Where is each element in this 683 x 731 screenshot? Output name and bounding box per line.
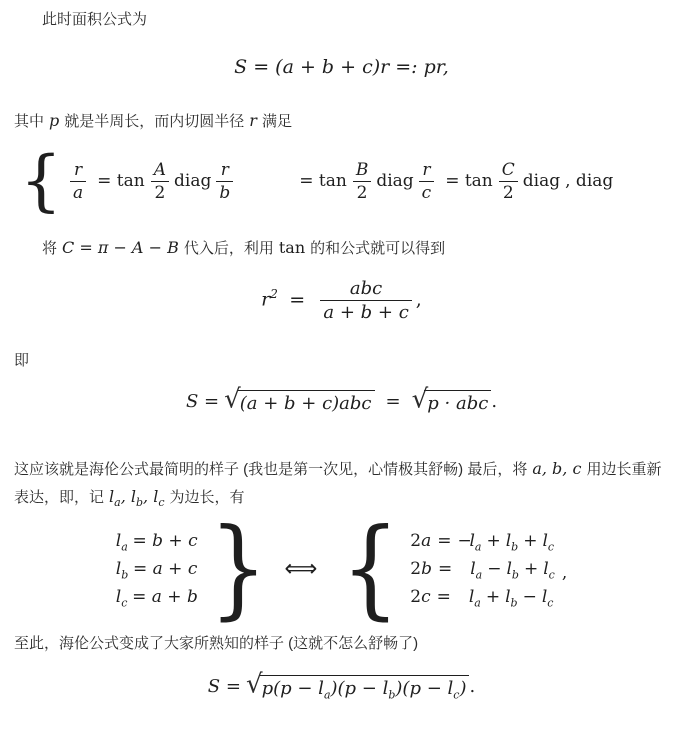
formula-sqrt-abc: S = √(a + b + c)abc = √p · abc.	[14, 389, 669, 415]
operator-eq-tan: = tan	[299, 171, 347, 191]
left-equations: la = b + c lb = a + c lc = a + b	[116, 527, 198, 611]
r-base: r	[261, 289, 270, 311]
trailing-comma: ,	[416, 289, 422, 311]
fraction-r-a: ra	[70, 160, 86, 203]
operator: −	[523, 587, 537, 607]
l-sub: a	[121, 541, 128, 554]
numerator: abc	[320, 278, 411, 300]
radical-expression: √p(p − la)(p − lb)(p − lc)	[246, 674, 470, 700]
fraction-r-c: rc	[419, 160, 435, 203]
numerator: r	[70, 160, 86, 181]
denominator: a	[70, 181, 86, 203]
numerator: A	[151, 160, 169, 181]
radicand: p · abc	[424, 390, 491, 414]
radicand-run: )(p − l	[331, 678, 389, 699]
word-diag: diag	[376, 171, 413, 191]
rhs: = a + b	[132, 587, 198, 607]
formula-area-pr: S = (a + b + c)r =: pr,	[14, 56, 669, 79]
tail-comma-diag: , diag	[565, 171, 613, 191]
formula-tan-system: { ra = tan A2 diag rb = tan B2 diag rc =…	[20, 148, 669, 214]
radicand-run: )(p − l	[395, 678, 453, 699]
l-sub: b	[121, 569, 128, 582]
text-run: 满足	[262, 113, 292, 130]
fraction-r-b: rb	[216, 160, 233, 203]
inline-math-l-list: la, lb, lc	[109, 487, 165, 506]
word-diag: diag	[174, 171, 211, 191]
iff-arrow: ⟺	[285, 556, 318, 582]
equals-sign: =	[438, 559, 452, 579]
equation-line: 2b=la−lb+lc	[410, 555, 555, 583]
text-run: 就是半周长，而内切圆半径	[64, 113, 244, 130]
paragraph-namely: 即	[14, 351, 669, 371]
l-sub: c	[121, 597, 127, 610]
var: c	[421, 587, 431, 607]
text-run: 这应该就是海伦公式最简明的样子 (我也是第一次见，心情极其舒畅) 最后，将	[14, 461, 527, 478]
denominator: b	[216, 181, 233, 203]
equation-line: la = b + c	[116, 527, 198, 555]
inline-math-C-pi: C = π − A − B	[62, 238, 179, 257]
lhs-S-eq: S =	[186, 391, 219, 412]
inline-math-tan: tan	[279, 238, 305, 257]
operator: −	[487, 559, 501, 579]
denominator: 2	[151, 181, 169, 203]
operator: +	[524, 559, 538, 579]
rhs: = b + c	[133, 531, 198, 551]
right-brace: }	[209, 527, 267, 611]
equals-sign: =	[437, 587, 451, 607]
equals-sign: =	[386, 391, 401, 412]
operator: +	[486, 587, 500, 607]
equation-line: lb = a + c	[116, 555, 198, 583]
denominator: 2	[499, 181, 518, 203]
radicand-run: p(p − l	[262, 678, 324, 699]
equation-line: lc = a + b	[116, 583, 198, 611]
formula-length-system: la = b + c lb = a + c lc = a + b } ⟺ { 2…	[14, 527, 669, 611]
trailing-period: .	[469, 676, 475, 697]
denominator: 2	[353, 181, 372, 203]
equals-sign: =	[289, 289, 305, 311]
radical-expression: √(a + b + c)abc	[224, 389, 374, 415]
l-sub: a	[476, 569, 483, 582]
text-run: 为边长，有	[170, 489, 245, 506]
radical-expression: √p · abc	[412, 389, 492, 415]
equals-sign: =	[437, 531, 451, 551]
rhs: = a + c	[133, 559, 197, 579]
paragraph-intro: 此时面积公式为	[14, 10, 669, 30]
text-run: 代入后，利用	[184, 240, 274, 257]
paragraph-heron-comment: 这应该就是海伦公式最简明的样子 (我也是第一次见，心情极其舒畅) 最后，将a, …	[14, 455, 669, 511]
word-diag: diag	[523, 171, 560, 191]
var: a	[421, 531, 431, 551]
l-sub: c	[158, 496, 164, 509]
r-exponent: 2	[270, 287, 278, 301]
formula-area-pr-text: S = (a + b + c)r =: pr,	[234, 56, 449, 78]
operator: +	[486, 531, 500, 551]
coef: 2	[410, 531, 421, 551]
comma: ,	[143, 487, 153, 506]
inline-math-abc: a, b, c	[532, 459, 581, 478]
text-run: 的和公式就可以得到	[310, 240, 445, 257]
l-sub: b	[511, 541, 518, 554]
radicand: p(p − la)(p − lb)(p − lc)	[259, 675, 470, 699]
fraction-B-2: B2	[353, 160, 372, 203]
comma: ,	[121, 487, 131, 506]
operator-eq-tan: = tan	[97, 171, 145, 191]
paragraph-semiperimeter: 其中p就是半周长，而内切圆半径r满足	[14, 111, 669, 132]
l-sub: b	[136, 496, 143, 509]
operator: +	[523, 531, 537, 551]
var: b	[421, 559, 432, 579]
l-sub: b	[511, 597, 518, 610]
numerator: r	[419, 160, 435, 181]
fraction-A-2: A2	[151, 160, 169, 203]
l-sub: c	[548, 541, 554, 554]
lhs-S-eq: S =	[208, 676, 241, 697]
right-equations: 2a=−la+lb+lc 2b=la−lb+lc 2c=la+lb−lc	[410, 527, 555, 611]
radical-sign: √	[224, 386, 241, 412]
l-sub: c	[549, 569, 555, 582]
fraction-abc: abca + b + c	[320, 278, 411, 323]
formula-heron-final: S = √p(p − la)(p − lb)(p − lc).	[14, 674, 669, 700]
paragraph-substitute: 将C = π − A − B代入后，利用tan的和公式就可以得到	[14, 238, 669, 259]
denominator: a + b + c	[320, 300, 411, 323]
equation-line: 2c=la+lb−lc	[410, 583, 555, 611]
radicand-run: )	[459, 678, 466, 699]
left-brace: {	[20, 148, 62, 214]
coef: 2	[410, 559, 421, 579]
inline-math-r: r	[249, 111, 257, 130]
fraction-C-2: C2	[499, 160, 518, 203]
trailing-period: .	[491, 391, 497, 412]
numerator: B	[353, 160, 372, 181]
equation-line: 2a=−la+lb+lc	[410, 527, 555, 555]
numerator: C	[499, 160, 518, 181]
l-sub: a	[475, 541, 482, 554]
numerator: r	[216, 160, 233, 181]
radical-sign: √	[412, 386, 429, 412]
text-run: 将	[42, 240, 57, 257]
text-run: 其中	[14, 113, 44, 130]
trailing-comma: ,	[562, 555, 567, 583]
radicand: (a + b + c)abc	[237, 390, 375, 414]
paragraph-final-comment: 至此，海伦公式变成了大家所熟知的样子 (这就不怎么舒畅了)	[14, 634, 669, 654]
coef: 2	[410, 587, 421, 607]
left-brace: {	[341, 527, 399, 611]
operator-eq-tan: = tan	[445, 171, 493, 191]
sign: −	[457, 528, 469, 555]
l-sub: a	[474, 597, 481, 610]
document-page: 此时面积公式为 S = (a + b + c)r =: pr, 其中p就是半周长…	[0, 0, 683, 731]
radical-sign: √	[246, 672, 263, 698]
l-sub: c	[547, 597, 553, 610]
l-sub: b	[512, 569, 519, 582]
formula-r-squared: r2 = abca + b + c,	[14, 278, 669, 323]
denominator: c	[419, 181, 435, 203]
inline-math-p: p	[49, 111, 59, 130]
